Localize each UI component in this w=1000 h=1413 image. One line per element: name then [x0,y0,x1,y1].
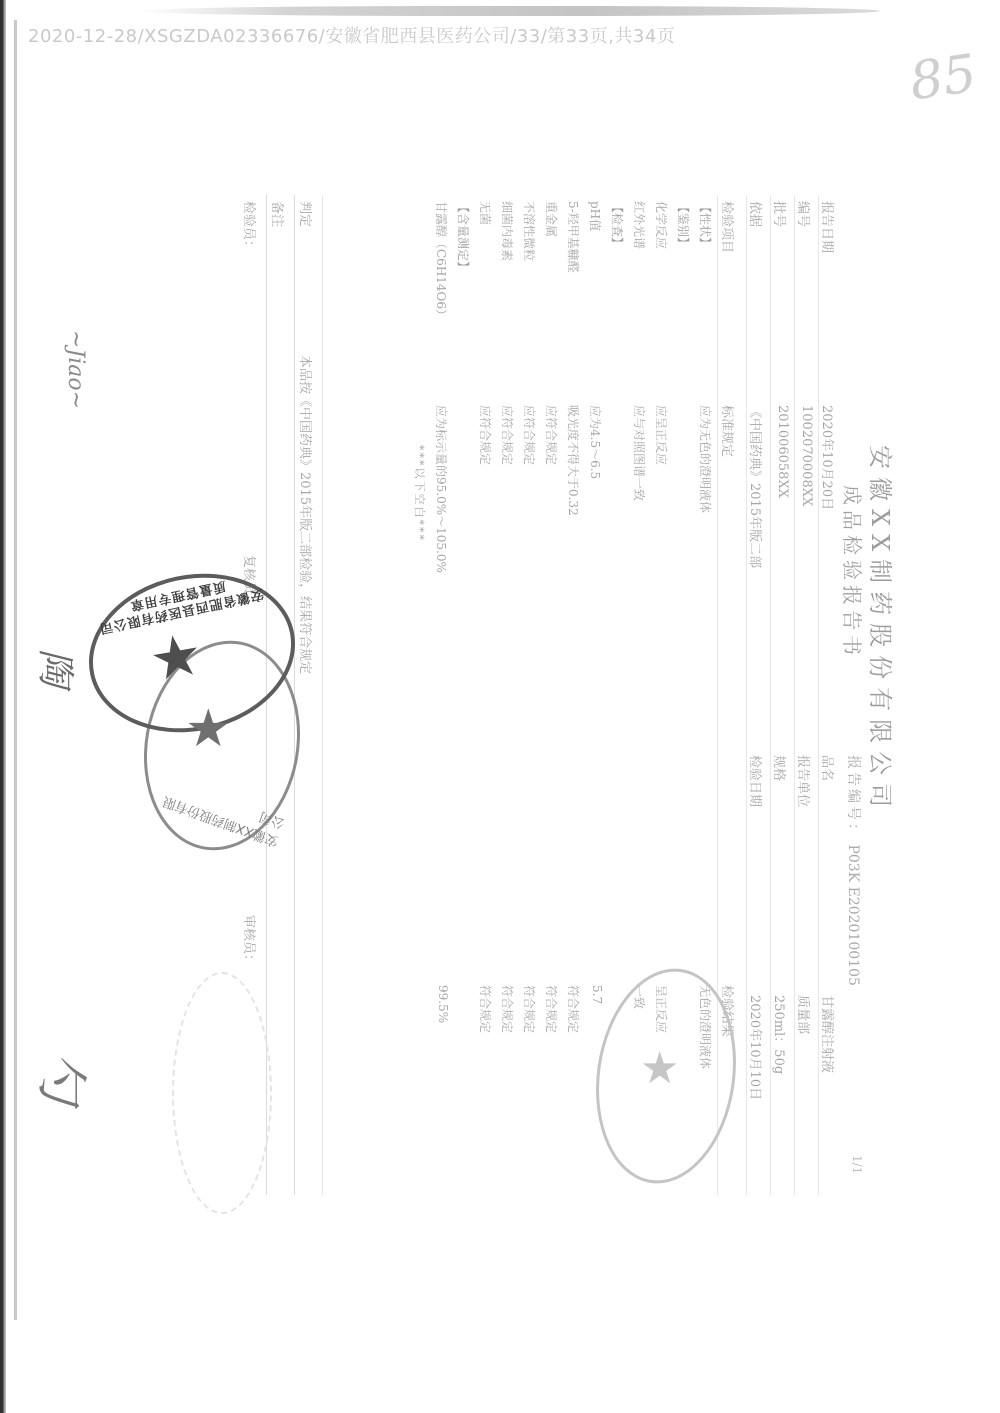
column-header-item: 检验项目 [719,201,738,253]
test-item-name: 细菌内毒素 [499,201,516,261]
header-label: 检验日期 [747,755,766,807]
test-item-name: 重金属 [543,201,560,237]
test-item-result: 符合规定 [543,985,560,1033]
test-item-standard: 应呈正反应 [653,405,670,465]
header-value: 1002070008XX [799,405,814,506]
header-label: 报告单位 [795,755,814,807]
header-value: 《中国药典》2015年版二部 [747,405,766,568]
report-number: 报告编号： P03K E2020100105 [844,755,864,986]
header-value: 2020年10月20日 [819,405,838,510]
inspector-signature: ~Jiao~ [63,330,88,409]
header-label: 规格 [771,755,790,781]
test-item-name: 甘露醇（C6H14O6） [433,201,450,321]
test-item-name: 【鉴别】 [675,201,692,249]
column-header-standard: 标准规定 [719,405,738,457]
test-item-standard: 吸光度不得大于0.32 [565,405,582,516]
remarks-label: 备注 [269,201,288,227]
test-item-result: 符合规定 [477,985,494,1033]
test-item-result: 符合规定 [499,985,516,1033]
test-item-result: 符合规定 [521,985,538,1033]
report-number-label: 报告编号： [845,755,861,840]
report-page-mark: 1/1 [850,1155,864,1174]
blank-marker: ***以下空白*** [409,195,431,1195]
header-label: 编号 [795,201,814,227]
table-row: 5-羟甲基糠醛吸光度不得大于0.32符合规定 [563,195,585,1195]
table-row: 细菌内毒素应符合规定符合规定 [497,195,519,1195]
scan-edge-line [14,20,17,1320]
header-label: 报告日期 [819,201,838,253]
header-value: 质量部 [795,995,814,1034]
header-row: 报告日期 2020年10月20日 品名 甘露醇注射液 [818,195,842,1195]
report-table: 报告日期 2020年10月20日 品名 甘露醇注射液 编号 1002070008… [226,195,842,1195]
scan-smear [140,6,880,16]
test-item-standard: 应符合规定 [543,405,560,465]
test-item-name: 化学反应 [653,201,670,249]
table-row: 甘露醇（C6H14O6）应为标示量的95.0%～105.0%99.5% [431,195,453,1195]
report-title: 成品检验报告书 [839,485,868,660]
test-item-result: 5.7 [590,985,604,1004]
test-item-name: 红外光谱 [631,201,648,249]
header-value: 甘露醇注射液 [819,995,838,1073]
stamp-star-icon: ★ [145,624,206,690]
conclusion-label: 判定 [297,201,316,227]
inspector-label: 检验员： [241,201,260,253]
test-item-name: 不溶性微粒 [521,201,538,261]
test-item-standard: 应符合规定 [521,405,538,465]
test-item-standard: 应符合规定 [477,405,494,465]
test-item-name: 【性状】 [697,201,714,249]
blank-marker-text: ***以下空白*** [412,445,428,542]
test-item-standard: 应为4.5～6.5 [587,405,604,479]
test-item-result: 符合规定 [565,985,582,1033]
test-item-name: pH值 [587,201,604,231]
header-row: 依据 《中国药典》2015年版二部 检验日期 2020年10月10日 [746,195,770,1195]
stamp-star-icon: ★ [640,1040,679,1098]
table-row: 无菌应符合规定符合规定 [475,195,497,1195]
faint-stamp [172,972,272,1214]
test-item-standard: 应符合规定 [499,405,516,465]
header-value: 250ml：50g [771,995,790,1074]
test-item-name: 无菌 [477,201,494,225]
test-item-standard: 应与对照图谱一致 [631,405,648,501]
header-value: 201006058XX [775,405,790,498]
header-label: 批号 [771,201,790,227]
blank-area [322,195,409,1195]
test-item-result: 99.5% [436,985,450,1023]
approver-signature: 勺 [29,1051,104,1103]
header-row: 编号 1002070008XX 报告单位 质量部 [794,195,818,1195]
handwritten-page-number: 85 [906,44,980,113]
header-label: 品名 [819,755,838,781]
scan-edge [0,0,6,1413]
company-name: 安徽XX制药股份有限公司 [865,445,900,815]
conclusion-text: 本品按《中国药典》2015年版二部检验，结果符合规定 [297,355,316,674]
test-item-name: 【含量测定】 [455,201,472,273]
table-row: 重金属应符合规定符合规定 [541,195,563,1195]
header-label: 依据 [747,201,766,227]
stamp-star-icon: ★ [185,700,232,758]
table-row: 【含量测定】 [453,195,475,1195]
report-number-value: P03K E2020100105 [845,844,861,985]
table-row: 不溶性微粒应符合规定符合规定 [519,195,541,1195]
approver-label: 审核员： [241,915,260,967]
test-item-standard: 应为无色的澄明液体 [697,405,714,513]
test-item-standard: 应为标示量的95.0%～105.0% [433,405,450,573]
header-row: 批号 201006058XX 规格 250ml：50g [770,195,794,1195]
reviewer-signature: 陶 [32,648,87,686]
header-value: 2020年10月10日 [747,995,766,1100]
test-item-name: 【检查】 [609,201,626,249]
test-item-name: 5-羟甲基糠醛 [565,201,582,273]
document-watermark: 2020-12-28/XSGZDA02336676/安徽省肥西县医药公司/33/… [28,22,675,48]
conclusion-row: 判定 本品按《中国药典》2015年版二部检验，结果符合规定 [294,195,322,1195]
